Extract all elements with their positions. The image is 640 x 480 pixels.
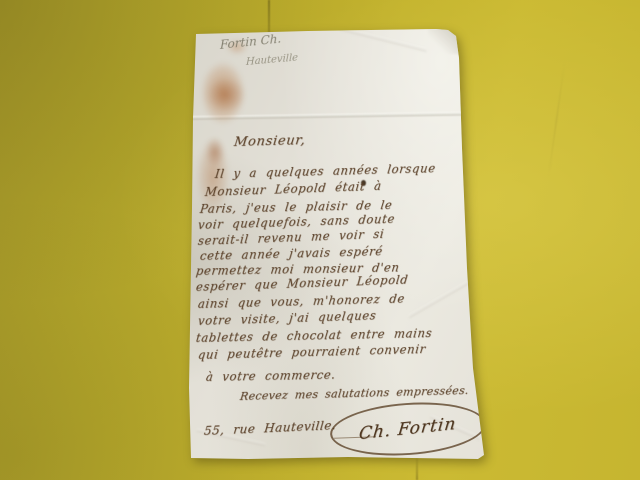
photo-backdrop: Fortin Ch. Hauteville Monsieur, Il y a q… [0,0,640,480]
letter-paper-shadow: Fortin Ch. Hauteville Monsieur, Il y a q… [0,0,640,480]
letter-body-line: votre visite, j'ai quelques [197,308,377,328]
letter-closing: Recevez mes salutations empressées. [239,384,469,403]
rust-stain [200,72,252,118]
paper-wrinkle [339,27,427,52]
letter-body-line: qui peutêtre pourraient convenir [197,342,426,362]
signature: Ch. Fortin [358,414,458,444]
letter-body-line: Il y a quelques années lorsque [214,161,436,181]
pencil-annotation-note: Hauteville [246,52,298,68]
signature-flourish-oval: Ch. Fortin [328,398,487,461]
letter-body-line: cette année j'avais espéré [199,244,383,263]
letter-paper: Fortin Ch. Hauteville Monsieur, Il y a q… [188,28,486,460]
paper-corner-fold [428,28,464,54]
letter-address: 55, rue Hauteville. [203,418,336,438]
paper-wrinkle [408,281,470,319]
letter-salutation: Monsieur, [233,133,306,150]
letter-body-line: à votre commerce. [205,368,337,384]
